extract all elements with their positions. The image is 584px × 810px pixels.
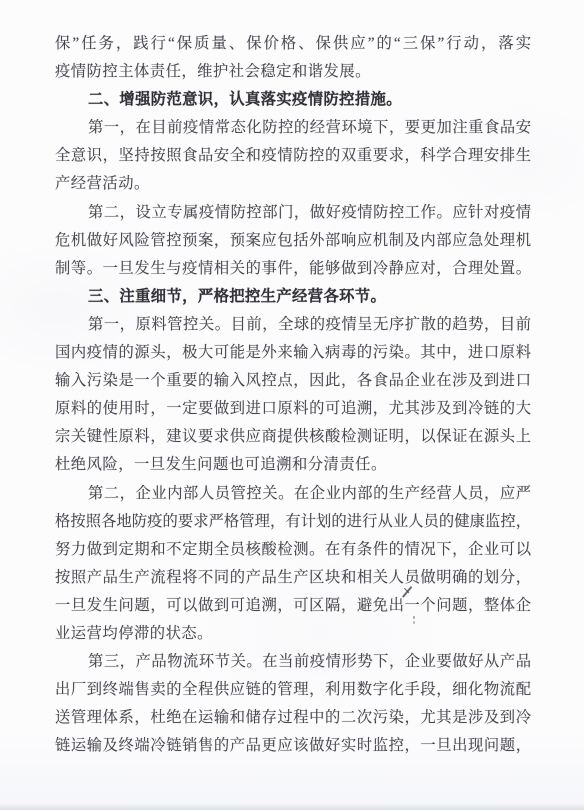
text-line: 宗关键性原料，建议要求供应商提供核酸检测证明，以保证在源头上 (55, 423, 531, 451)
document-body: 保”任务，践行“保质量、保价格、保供应”的“三保”行动，落实疫情防控主体责任，维… (55, 30, 531, 760)
text-line: 产经营活动。 (55, 170, 531, 198)
text-line: 出厂到终端售卖的全程供应链的管理，利用数字化手段，细化物流配 (55, 676, 531, 704)
text-line: 链运输及终端冷链销售的产品更应该做好实时监控，一旦出现问题， (55, 732, 531, 760)
text-line: 第一，原料管控关。目前，全球的疫情呈无序扩散的趋势，目前 (55, 311, 531, 339)
text-line: 业运营均停滞的状态。 (55, 620, 531, 648)
paragraph: 第二，设立专属疫情防控部门，做好疫情防控工作。应针对疫情危机做好风险管控预案，预… (55, 199, 531, 283)
text-line: 保”任务，践行“保质量、保价格、保供应”的“三保”行动，落实 (55, 30, 531, 58)
text-line: 全意识，坚持按照食品安全和疫情防控的双重要求，科学合理安排生 (55, 142, 531, 170)
ink-speck-artifact (413, 616, 415, 619)
text-line: 原料的使用时，一定要做到进口原料的可追溯，尤其涉及到冷链的大 (55, 395, 531, 423)
text-line: 第三，产品物流环节关。在当前疫情形势下，企业要做好从产品 (55, 648, 531, 676)
text-line: 第一，在目前疫情常态化防控的经营环境下，要更加注重食品安 (55, 114, 531, 142)
section-heading: 三、注重细节，严格把控生产经营各环节。 (55, 283, 531, 311)
text-line: 格按照各地防疫的要求严格管理，有计划的进行从业人员的健康监控， (55, 508, 531, 536)
paragraph: 第一，在目前疫情常态化防控的经营环境下，要更加注重食品安全意识，坚持按照食品安全… (55, 114, 531, 198)
heading-line: 二、增强防范意识，认真落实疫情防控措施。 (55, 86, 531, 114)
text-line: 输入污染是一个重要的输入风控点，因此，各食品企业在涉及到进口 (55, 367, 531, 395)
text-line: 一旦发生问题，可以做到可追溯，可区隔，避免出一个问题，整体企 (55, 592, 531, 620)
paragraph: 第一，原料管控关。目前，全球的疫情呈无序扩散的趋势，目前国内疫情的源头，极大可能… (55, 311, 531, 480)
paragraph: 第三，产品物流环节关。在当前疫情形势下，企业要做好从产品出厂到终端售卖的全程供应… (55, 648, 531, 760)
paragraph: 第二，企业内部人员管控关。在企业内部的生产经营人员，应严格按照各地防疫的要求严格… (55, 480, 531, 649)
text-line: 按照产品生产流程将不同的产品生产区块和相关人员做明确的划分， (55, 564, 531, 592)
text-line: 危机做好风险管控预案，预案应包括外部响应机制及内部应急处理机 (55, 227, 531, 255)
section-heading: 二、增强防范意识，认真落实疫情防控措施。 (55, 86, 531, 114)
paragraph: 保”任务，践行“保质量、保价格、保供应”的“三保”行动，落实疫情防控主体责任，维… (55, 30, 531, 86)
text-line: 国内疫情的源头，极大可能是外来输入病毒的污染。其中，进口原料 (55, 339, 531, 367)
text-line: 杜绝风险，一旦发生问题也可追溯和分清责任。 (55, 451, 531, 479)
pen-mark-artifact (399, 583, 417, 599)
text-line: 第二，设立专属疫情防控部门，做好疫情防控工作。应针对疫情 (55, 199, 531, 227)
text-line: 第二，企业内部人员管控关。在企业内部的生产经营人员，应严 (55, 480, 531, 508)
text-line: 疫情防控主体责任，维护社会稳定和谐发展。 (55, 58, 531, 86)
scan-shadow (0, 803, 584, 810)
text-line: 努力做到定期和不定期全员核酸检测。在有条件的情况下，企业可以 (55, 536, 531, 564)
document-page: 保”任务，践行“保质量、保价格、保供应”的“三保”行动，落实疫情防控主体责任，维… (0, 0, 584, 810)
scanned-document: { "document": { "colors": { "paper": "#f… (0, 0, 584, 810)
text-line: 制等。一旦发生与疫情相关的事件，能够做到冷静应对，合理处置。 (55, 255, 531, 283)
heading-line: 三、注重细节，严格把控生产经营各环节。 (55, 283, 531, 311)
text-line: 送管理体系，杜绝在运输和储存过程中的二次污染，尤其是涉及到冷 (55, 704, 531, 732)
